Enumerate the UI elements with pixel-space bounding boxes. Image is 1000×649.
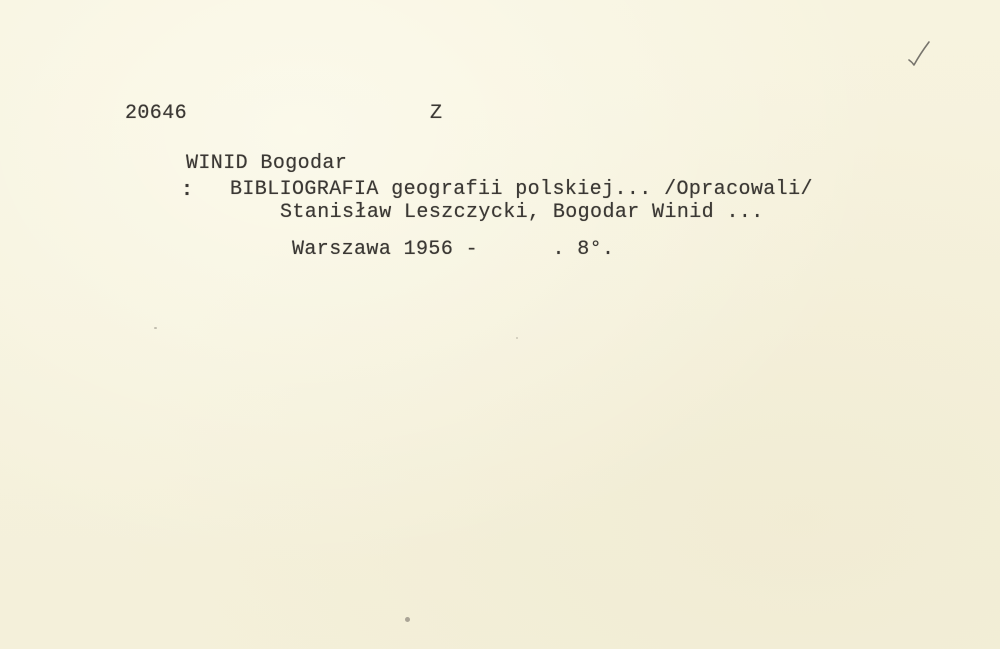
catalog-card: 20646 Z WINID Bogodar : BIBLIOGRAFIA geo… (0, 0, 1000, 649)
title-line-2: Stanisław Leszczycki, Bogodar Winid ... (280, 202, 764, 224)
paper-speck (516, 337, 518, 339)
imprint-line: Warszawa 1956 - . 8°. (292, 239, 614, 261)
accession-number: 20646 (125, 103, 187, 125)
location-mark: Z (430, 103, 442, 125)
paper-speck (154, 327, 157, 329)
entry-marker: : (181, 180, 193, 202)
title-line-1: BIBLIOGRAFIA geografii polskiej... /Opra… (230, 179, 813, 201)
paper-speck (405, 617, 410, 622)
author-heading: WINID Bogodar (186, 153, 347, 175)
checkmark-icon (906, 38, 932, 68)
